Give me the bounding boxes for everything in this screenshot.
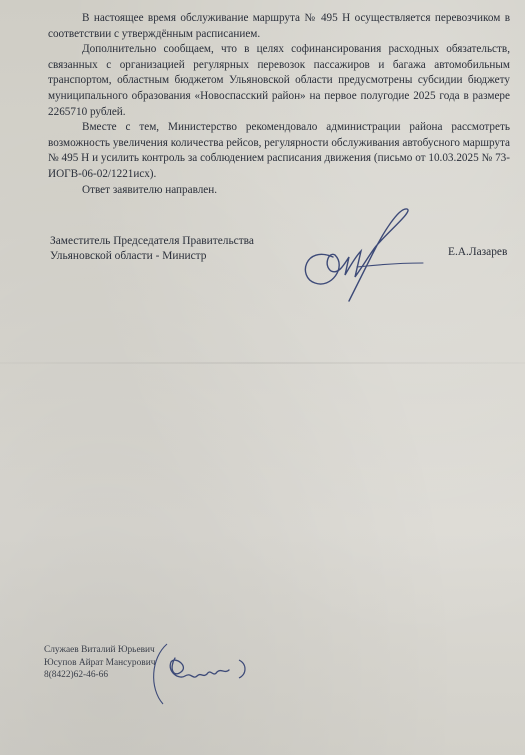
signatory-title: Заместитель Председателя Правительства У… [50,234,254,264]
paragraph-subsidies: Дополнительно сообщаем, что в целях софи… [48,42,510,120]
executor-signature-icon [145,638,255,708]
signatory-title-line1: Заместитель Председателя Правительства [50,234,254,249]
executor-name-1: Служаев Виталий Юрьевич [44,644,155,657]
document-page: В настоящее время обслуживание маршрута … [0,0,525,755]
paragraph-recommendation: Вместе с тем, Министерство рекомендовало… [48,120,510,182]
paragraph-answer-sent: Ответ заявителю направлен. [48,183,510,199]
paper-fold [0,362,525,364]
signatory-title-line2: Ульяновской области - Министр [50,249,254,264]
signatory-name: Е.А.Лазарев [448,246,507,258]
handwritten-signature-icon [295,205,445,305]
letter-body: В настоящее время обслуживание маршрута … [48,11,510,198]
paragraph-route-service: В настоящее время обслуживание маршрута … [48,11,510,42]
executors-block: Служаев Виталий Юрьевич Юсупов Айрат Ман… [44,644,155,682]
executor-name-2: Юсупов Айрат Мансурович [44,657,155,670]
executor-phone: 8(8422)62-46-66 [44,669,155,682]
